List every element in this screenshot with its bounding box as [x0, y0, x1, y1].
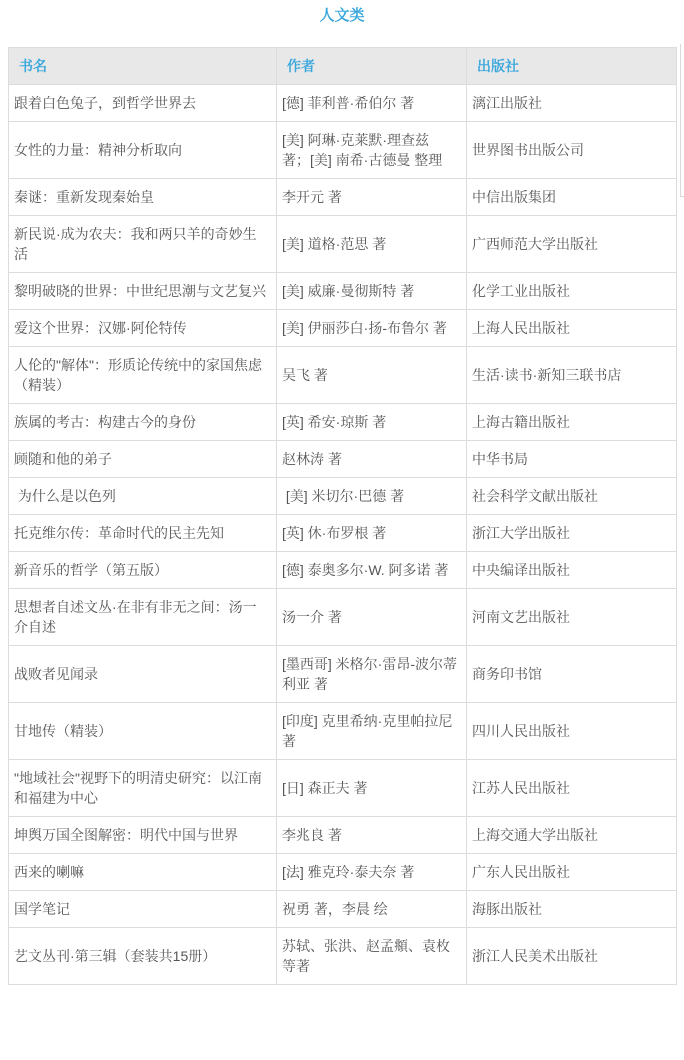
book-title-cell: 托克维尔传：革命时代的民主先知 [9, 515, 277, 552]
book-title-cell: 爱这个世界：汉娜·阿伦特传 [9, 310, 277, 347]
author-cell: 吴飞 著 [277, 347, 467, 404]
publisher-cell: 中华书局 [467, 441, 677, 478]
publisher-cell: 社会科学文献出版社 [467, 478, 677, 515]
publisher-cell: 江苏人民出版社 [467, 760, 677, 817]
publisher-cell: 浙江大学出版社 [467, 515, 677, 552]
book-title-cell: 艺文丛刊·第三辑（套装共15册） [9, 928, 277, 985]
publisher-cell: 商务印书馆 [467, 646, 677, 703]
author-cell: [德] 泰奥多尔·W. 阿多诺 著 [277, 552, 467, 589]
table-row: 人伦的"解体"：形质论传统中的家国焦虑（精装） 吴飞 著 生活·读书·新知三联书… [9, 347, 677, 404]
table-row: 跟着白色兔子，到哲学世界去 [德] 菲利普·希伯尔 著 漓江出版社 [9, 85, 677, 122]
publisher-cell: 中信出版集团 [467, 179, 677, 216]
book-title-cell: 新民说·成为农夫：我和两只羊的奇妙生活 [9, 216, 277, 273]
publisher-cell: 河南文艺出版社 [467, 589, 677, 646]
author-cell: 苏轼、张洪、赵孟頫、袁枚 等著 [277, 928, 467, 985]
book-title-cell: 坤舆万国全图解密：明代中国与世界 [9, 817, 277, 854]
table-row: 战败者见闻录 [墨西哥] 米格尔·雷昂-波尔蒂利亚 著 商务印书馆 [9, 646, 677, 703]
table-row: 托克维尔传：革命时代的民主先知 [英] 休·布罗根 著 浙江大学出版社 [9, 515, 677, 552]
book-title-cell: 顾随和他的弟子 [9, 441, 277, 478]
book-title-cell: 黎明破晓的世界：中世纪思潮与文艺复兴 [9, 273, 277, 310]
table-header-row: 书名 作者 出版社 [9, 48, 677, 85]
author-cell: 赵林涛 著 [277, 441, 467, 478]
cutoff-panel-right-edge [680, 44, 684, 197]
table-row: 秦谜：重新发现秦始皇 李开元 著 中信出版集团 [9, 179, 677, 216]
table-row: 女性的力量：精神分析取向 [美] 阿琳·克莱默·理查兹 著；[美] 南希·古德曼… [9, 122, 677, 179]
publisher-cell: 上海古籍出版社 [467, 404, 677, 441]
author-cell: [美] 伊丽莎白·扬-布鲁尔 著 [277, 310, 467, 347]
table-row: 新民说·成为农夫：我和两只羊的奇妙生活 [美] 道格·范思 著 广西师范大学出版… [9, 216, 677, 273]
author-cell: 汤一介 著 [277, 589, 467, 646]
author-cell: [法] 雅克玲·泰夫奈 著 [277, 854, 467, 891]
book-title-cell: 国学笔记 [9, 891, 277, 928]
publisher-cell: 浙江人民美术出版社 [467, 928, 677, 985]
publisher-cell: 广西师范大学出版社 [467, 216, 677, 273]
table-row: 族属的考古：构建古今的身份 [英] 希安·琼斯 著 上海古籍出版社 [9, 404, 677, 441]
publisher-cell: 上海交通大学出版社 [467, 817, 677, 854]
book-title-cell: 族属的考古：构建古今的身份 [9, 404, 277, 441]
publisher-cell: 中央编译出版社 [467, 552, 677, 589]
table-row: 坤舆万国全图解密：明代中国与世界 李兆良 著 上海交通大学出版社 [9, 817, 677, 854]
table-row: 思想者自述文丛·在非有非无之间：汤一介自述 汤一介 著 河南文艺出版社 [9, 589, 677, 646]
author-cell: [印度] 克里希纳·克里帕拉尼 著 [277, 703, 467, 760]
author-cell: [日] 森正夫 著 [277, 760, 467, 817]
table-row: 甘地传（精装） [印度] 克里希纳·克里帕拉尼 著 四川人民出版社 [9, 703, 677, 760]
publisher-cell: 世界图书出版公司 [467, 122, 677, 179]
book-list-page: 人文类 书名 作者 出版社 跟着白色兔子，到哲学世界去 [德] 菲利普·希伯尔 … [0, 0, 684, 985]
book-title-cell: "地域社会"视野下的明清史研究：以江南和福建为中心 [9, 760, 277, 817]
table-row: 新音乐的哲学（第五版） [德] 泰奥多尔·W. 阿多诺 著 中央编译出版社 [9, 552, 677, 589]
author-cell: [美] 道格·范思 著 [277, 216, 467, 273]
author-cell: [美] 阿琳·克莱默·理查兹 著；[美] 南希·古德曼 整理 [277, 122, 467, 179]
table-row: 为什么是以色列 [美] 米切尔·巴德 著 社会科学文献出版社 [9, 478, 677, 515]
book-title-cell: 跟着白色兔子，到哲学世界去 [9, 85, 277, 122]
table-row: 国学笔记 祝勇 著，李晨 绘 海豚出版社 [9, 891, 677, 928]
book-title-cell: 西来的喇嘛 [9, 854, 277, 891]
book-title-cell: 人伦的"解体"：形质论传统中的家国焦虑（精装） [9, 347, 277, 404]
author-cell: [墨西哥] 米格尔·雷昂-波尔蒂利亚 著 [277, 646, 467, 703]
table-row: 爱这个世界：汉娜·阿伦特传 [美] 伊丽莎白·扬-布鲁尔 著 上海人民出版社 [9, 310, 677, 347]
table-row: "地域社会"视野下的明清史研究：以江南和福建为中心 [日] 森正夫 著 江苏人民… [9, 760, 677, 817]
author-cell: 李兆良 著 [277, 817, 467, 854]
book-title-cell: 秦谜：重新发现秦始皇 [9, 179, 277, 216]
book-title-cell: 思想者自述文丛·在非有非无之间：汤一介自述 [9, 589, 277, 646]
books-table: 书名 作者 出版社 跟着白色兔子，到哲学世界去 [德] 菲利普·希伯尔 著 漓江… [8, 47, 677, 985]
book-title-cell: 女性的力量：精神分析取向 [9, 122, 277, 179]
table-row: 顾随和他的弟子 赵林涛 著 中华书局 [9, 441, 677, 478]
publisher-cell: 上海人民出版社 [467, 310, 677, 347]
column-header-author: 作者 [277, 48, 467, 85]
book-title-cell: 甘地传（精装） [9, 703, 277, 760]
publisher-cell: 漓江出版社 [467, 85, 677, 122]
book-title-cell: 为什么是以色列 [9, 478, 277, 515]
page-title: 人文类 [0, 0, 684, 26]
author-cell: 李开元 著 [277, 179, 467, 216]
column-header-publisher: 出版社 [467, 48, 677, 85]
table-row: 西来的喇嘛 [法] 雅克玲·泰夫奈 著 广东人民出版社 [9, 854, 677, 891]
publisher-cell: 化学工业出版社 [467, 273, 677, 310]
publisher-cell: 广东人民出版社 [467, 854, 677, 891]
column-header-book-title: 书名 [9, 48, 277, 85]
author-cell: [美] 米切尔·巴德 著 [277, 478, 467, 515]
publisher-cell: 生活·读书·新知三联书店 [467, 347, 677, 404]
author-cell: [德] 菲利普·希伯尔 著 [277, 85, 467, 122]
author-cell: [美] 威廉·曼彻斯特 著 [277, 273, 467, 310]
publisher-cell: 海豚出版社 [467, 891, 677, 928]
book-title-cell: 新音乐的哲学（第五版） [9, 552, 277, 589]
table-row: 黎明破晓的世界：中世纪思潮与文艺复兴 [美] 威廉·曼彻斯特 著 化学工业出版社 [9, 273, 677, 310]
table-row: 艺文丛刊·第三辑（套装共15册） 苏轼、张洪、赵孟頫、袁枚 等著 浙江人民美术出… [9, 928, 677, 985]
publisher-cell: 四川人民出版社 [467, 703, 677, 760]
author-cell: [英] 希安·琼斯 著 [277, 404, 467, 441]
author-cell: [英] 休·布罗根 著 [277, 515, 467, 552]
author-cell: 祝勇 著，李晨 绘 [277, 891, 467, 928]
book-title-cell: 战败者见闻录 [9, 646, 277, 703]
